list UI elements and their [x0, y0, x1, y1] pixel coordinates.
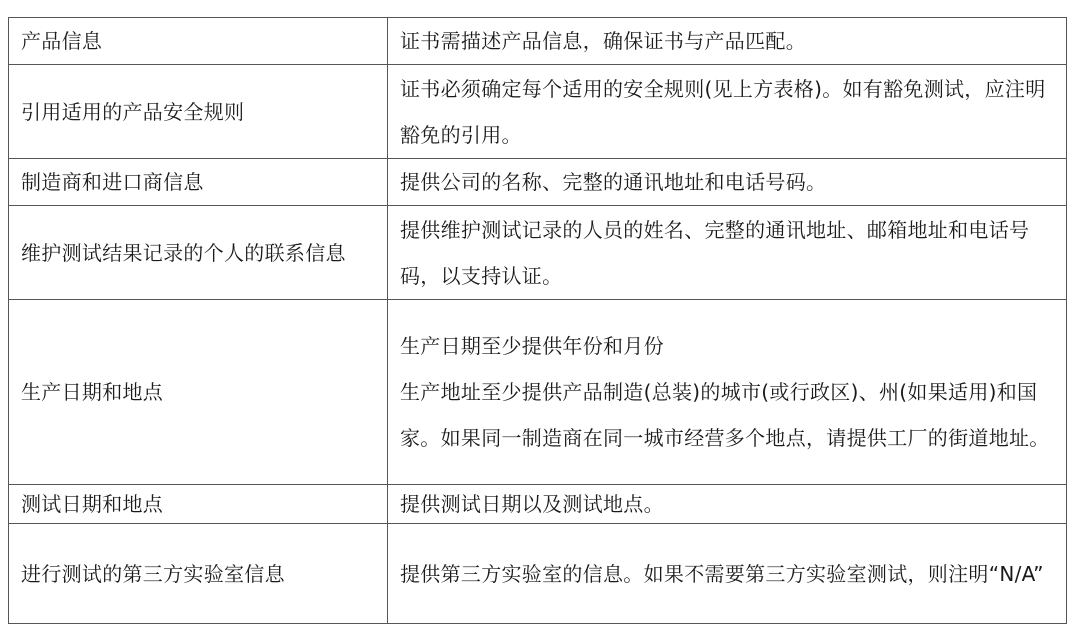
- row-label: 制造商和进口商信息: [9, 159, 388, 206]
- description-line: 提供维护测试记录的人员的姓名、完整的通讯地址、邮箱地址和电话号码，以支持认证。: [400, 207, 1054, 299]
- row-label: 生产日期和地点: [9, 300, 388, 485]
- table-row: 产品信息 证书需描述产品信息，确保证书与产品匹配。: [9, 18, 1067, 65]
- row-description: 提供公司的名称、完整的通讯地址和电话号码。: [388, 159, 1067, 206]
- row-description: 证书必须确定每个适用的安全规则(见上方表格)。如有豁免测试，应注明豁免的引用。: [388, 65, 1067, 159]
- row-description: 提供测试日期以及测试地点。: [388, 485, 1067, 524]
- table-row: 制造商和进口商信息 提供公司的名称、完整的通讯地址和电话号码。: [9, 159, 1067, 206]
- row-label: 测试日期和地点: [9, 485, 388, 524]
- description-line: 证书需描述产品信息，确保证书与产品匹配。: [400, 18, 1054, 64]
- row-label: 产品信息: [9, 18, 388, 65]
- row-description: 证书需描述产品信息，确保证书与产品匹配。: [388, 18, 1067, 65]
- description-line: 提供测试日期以及测试地点。: [400, 485, 1054, 523]
- table-row: 维护测试结果记录的个人的联系信息 提供维护测试记录的人员的姓名、完整的通讯地址、…: [9, 206, 1067, 300]
- description-line: 生产地址至少提供产品制造(总装)的城市(或行政区)、州(如果适用)和国家。如果同…: [400, 369, 1054, 461]
- row-description: 提供维护测试记录的人员的姓名、完整的通讯地址、邮箱地址和电话号码，以支持认证。: [388, 206, 1067, 300]
- description-line: 提供公司的名称、完整的通讯地址和电话号码。: [400, 159, 1054, 205]
- row-label: 维护测试结果记录的个人的联系信息: [9, 206, 388, 300]
- description-line: 提供第三方实验室的信息。如果不需要第三方实验室测试，则注明“N/A”: [400, 551, 1054, 597]
- table-row: 生产日期和地点 生产日期至少提供年份和月份 生产地址至少提供产品制造(总装)的城…: [9, 300, 1067, 485]
- certificate-requirements-table: 产品信息 证书需描述产品信息，确保证书与产品匹配。 引用适用的产品安全规则 证书…: [8, 17, 1067, 624]
- table-row: 引用适用的产品安全规则 证书必须确定每个适用的安全规则(见上方表格)。如有豁免测…: [9, 65, 1067, 159]
- description-line: 证书必须确定每个适用的安全规则(见上方表格)。如有豁免测试，应注明豁免的引用。: [400, 66, 1054, 158]
- table-row: 测试日期和地点 提供测试日期以及测试地点。: [9, 485, 1067, 524]
- row-label: 引用适用的产品安全规则: [9, 65, 388, 159]
- description-line: 生产日期至少提供年份和月份: [400, 323, 1054, 369]
- table-row: 进行测试的第三方实验室信息 提供第三方实验室的信息。如果不需要第三方实验室测试，…: [9, 524, 1067, 624]
- row-description: 提供第三方实验室的信息。如果不需要第三方实验室测试，则注明“N/A”: [388, 524, 1067, 624]
- row-label: 进行测试的第三方实验室信息: [9, 524, 388, 624]
- row-description: 生产日期至少提供年份和月份 生产地址至少提供产品制造(总装)的城市(或行政区)、…: [388, 300, 1067, 485]
